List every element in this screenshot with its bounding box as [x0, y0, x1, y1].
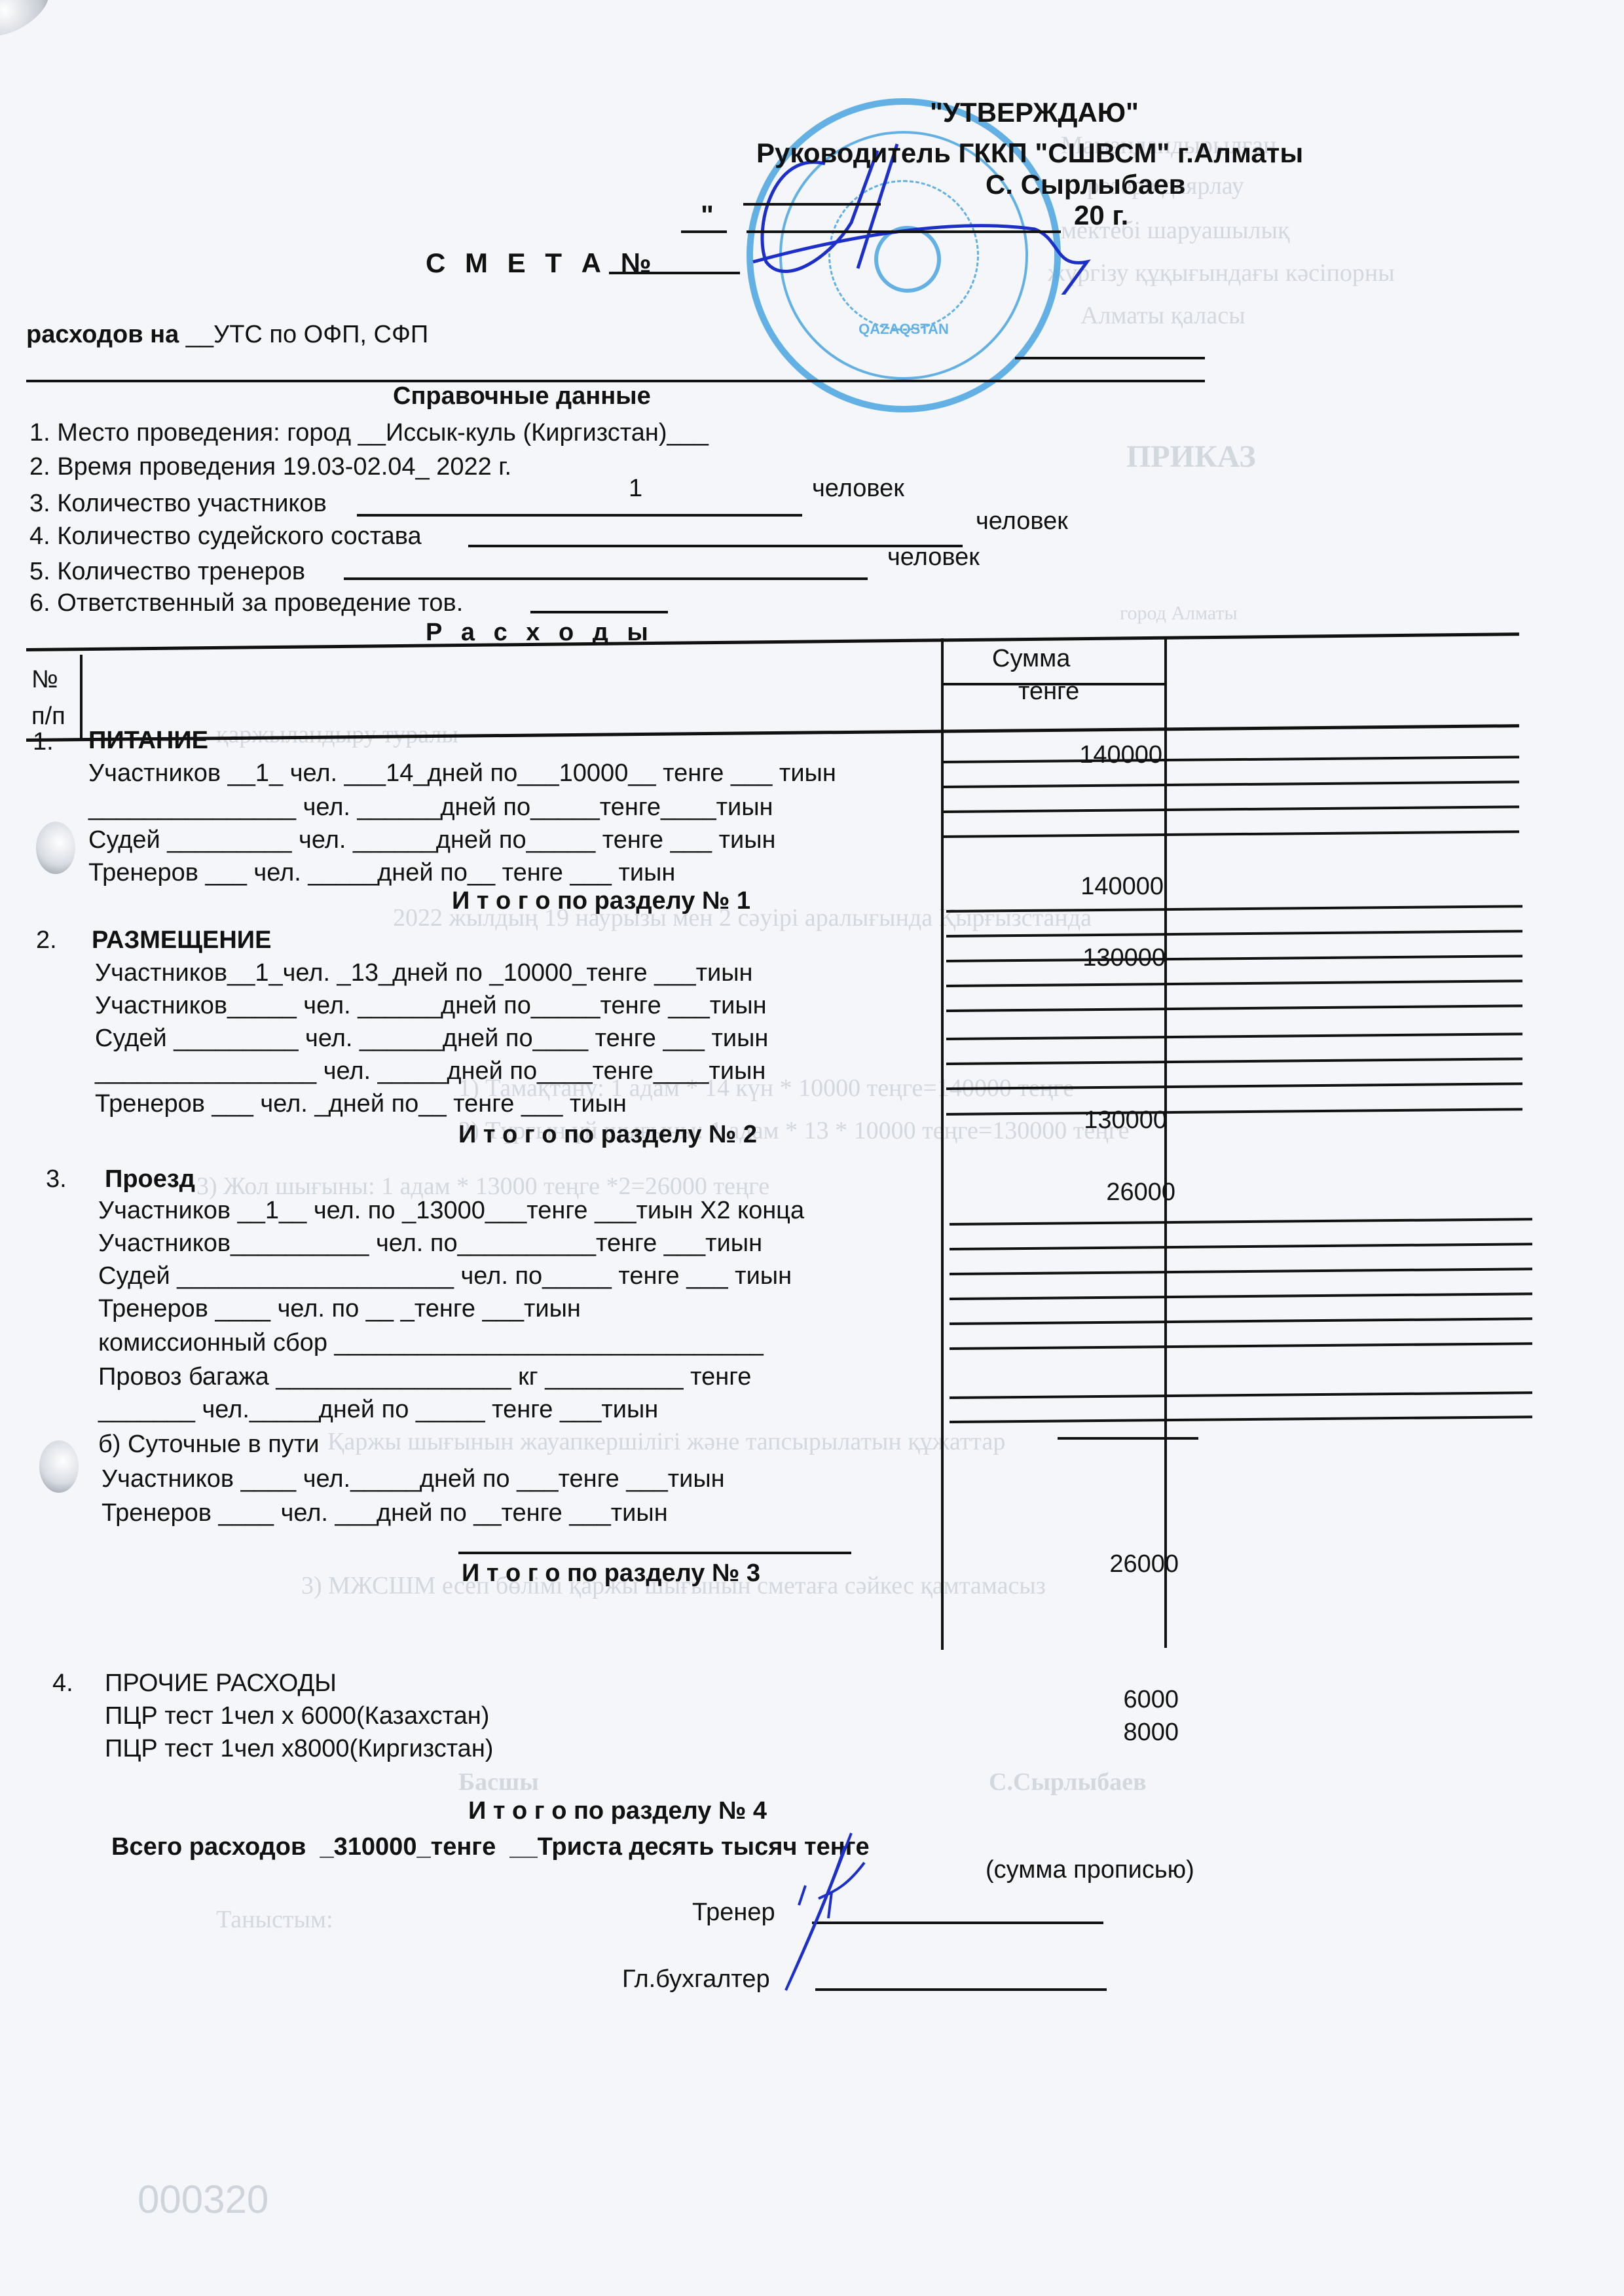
col-header-no: № п/п [31, 661, 65, 735]
section-4-line: ПЦР тест 1чел х8000(Киргизстан) [105, 1735, 493, 1763]
row-rule [946, 1004, 1522, 1012]
expenses-for: расходов на __УТС по ОФП, СФП [26, 321, 428, 349]
section-1-number: 1. [33, 728, 54, 756]
row-rule [950, 1292, 1532, 1300]
row-rule [946, 979, 1522, 987]
section-2-number: 2. [36, 926, 57, 955]
section-2-line: Участников__1_чел. _13_дней по _10000_те… [95, 959, 753, 987]
row-rule [950, 1391, 1532, 1399]
section-3-title: Проезд [105, 1165, 195, 1194]
date-day-field [681, 230, 727, 233]
section-3-line: б) Суточные в пути [98, 1430, 319, 1459]
ref-judges-unit: человек [976, 507, 1068, 536]
row-rule [946, 1032, 1522, 1040]
ref-judges: 4. Количество судейского состава [29, 522, 422, 551]
smeta-number-field [609, 272, 740, 274]
bleed-through-line: С.Сырлыбаев [989, 1768, 1147, 1796]
section-2-subtotal-label: И т о г о по разделу № 2 [458, 1121, 757, 1149]
row-rule [943, 780, 1519, 788]
bleed-through-title: ПРИКАЗ [1126, 439, 1256, 475]
section-2-subtotal: 130000 [970, 1106, 1167, 1135]
punch-hole [36, 822, 75, 874]
section-4-title: ПРОЧИЕ РАСХОДЫ [105, 1669, 337, 1698]
section-2-line: Участников_____ чел. ______дней по_____т… [95, 992, 767, 1020]
ref-trainers: 5. Количество тренеров [29, 558, 305, 586]
section-3-subtotal: 26000 [982, 1550, 1179, 1578]
section-2-line: Тренеров ___ чел. _дней по__ тенге ___ т… [95, 1090, 627, 1118]
section-3-line: Тренеров ____ чел. ___дней по __тенге __… [101, 1499, 668, 1527]
section-1-amount: 140000 [966, 741, 1162, 769]
date-month-field [747, 230, 1061, 233]
stamp-emblem-text: QAZAQSTAN [753, 321, 1054, 338]
section-1-line: Участников __1_ чел. ___14_дней по___100… [88, 759, 836, 788]
section-2-title: РАЗМЕЩЕНИЕ [92, 926, 271, 955]
total-amount: _310000_тенге [320, 1833, 496, 1861]
row-rule-short [1058, 1437, 1198, 1440]
section-4-amount: 6000 [982, 1686, 1179, 1714]
serial-number: 000320 [138, 2177, 268, 2222]
bleed-through-line: Қаржы шығынын жауапкершілігі және тапсыр… [327, 1427, 1005, 1456]
bleed-through-line: Басшы [458, 1768, 539, 1796]
ref-trainers-unit: человек [887, 543, 980, 572]
section-1-line: Тренеров ___ чел. _____дней по__ тенге _… [88, 859, 675, 887]
section-3-subtotal-label: И т о г о по разделу № 3 [462, 1559, 760, 1588]
section-1-subtotal-label: И т о г о по разделу № 1 [452, 887, 750, 915]
ref-responsible: 6. Ответственный за проведение тов. [29, 589, 463, 617]
approval-name: С. Сырлыбаев [986, 169, 1186, 200]
row-rule [950, 1342, 1532, 1350]
section-4-line: ПЦР тест 1чел х 6000(Казахстан) [105, 1702, 489, 1730]
row-rule [950, 1267, 1532, 1275]
section-3-line: _______ чел._____дней по _____ тенге ___… [98, 1396, 658, 1424]
ref-venue: 1. Место проведения: город __Иссык-куль … [29, 419, 709, 447]
approval-date-year: 20 г. [1074, 200, 1128, 231]
row-rule [946, 1057, 1522, 1065]
bleed-through-text: Алматы қаласы [1080, 301, 1246, 330]
reference-heading: Справочные данные [393, 382, 651, 410]
trainer-signature [773, 1827, 943, 1997]
section-3-line: Провоз багажа _________________ кг _____… [98, 1363, 751, 1391]
expenses-for-label: расходов на [26, 321, 179, 348]
section-3-line: Тренеров ____ чел. по __ _тенге ___тиын [98, 1295, 581, 1323]
total-label: Всего расходов [111, 1833, 306, 1861]
ref-dates: 2. Время проведения 19.03-02.04_ 2022 г. [29, 453, 511, 481]
section-3-amount: 26000 [979, 1178, 1175, 1207]
section-4-subtotal-label: И т о г о по разделу № 4 [468, 1797, 767, 1825]
trainer-label: Тренер [692, 1899, 775, 1927]
punch-hole [39, 1440, 79, 1493]
section-4-number: 4. [52, 1669, 73, 1698]
col-divider-sum-right [1164, 636, 1167, 1648]
section-1-line: Судей _________ чел. ______дней по_____ … [88, 826, 776, 854]
row-rule [943, 805, 1519, 813]
row-rule [950, 1243, 1532, 1250]
col-header-currency: тенге [1018, 678, 1079, 706]
bleed-through-line: Таныстым: [216, 1905, 333, 1934]
ref-trainers-field [344, 577, 868, 580]
section-3-line: комиссионный сбор ______________________… [98, 1329, 764, 1357]
folded-corner [0, 0, 57, 46]
section-1-subtotal: 140000 [967, 873, 1164, 901]
accountant-label: Гл.бухгалтер [622, 1965, 770, 1994]
section-3-number: 3. [46, 1165, 67, 1194]
section-1-line: _______________ чел. ______дней по_____т… [88, 793, 773, 822]
row-rule [943, 830, 1519, 838]
bleed-through-city: город Алматы [1120, 602, 1238, 625]
ref-participants-unit: человек [812, 475, 904, 503]
expenses-for-value: __УТС по ОФП, СФП [186, 321, 428, 348]
col-divider-sum-left [941, 638, 944, 1650]
section-3-line: Судей ____________________ чел. по_____ … [98, 1262, 792, 1290]
col-header-sum: Сумма [992, 645, 1070, 673]
section-2-line: Судей _________ чел. ______дней по____ т… [95, 1025, 768, 1053]
section-2-line: ________________ чел. _____дней по____те… [95, 1057, 766, 1085]
section-4-amount: 8000 [982, 1719, 1179, 1747]
approval-position: Руководитель ГККП "СШВСМ" г.Алматы [756, 137, 1303, 169]
approval-date-quote: " [701, 200, 714, 231]
col-divider [80, 655, 83, 738]
total-row: Всего расходов _310000_тенге __Триста де… [111, 1833, 870, 1861]
ref-participants-value: 1 [629, 475, 642, 503]
row-rule [950, 1317, 1532, 1325]
ref-participants-field [357, 514, 802, 517]
ref-venue-value: __Иссык-куль (Киргизстан)___ [358, 419, 709, 446]
section-3-line: Участников__________ чел. по__________те… [98, 1230, 762, 1258]
row-rule [950, 1218, 1532, 1226]
ref-participants: 3. Количество участников [29, 490, 327, 518]
approval-heading: "УТВЕРЖДАЮ" [930, 97, 1139, 128]
section-3-line: Участников __1__ чел. по _13000___тенге … [98, 1197, 804, 1225]
row-rule [950, 1415, 1532, 1423]
table-top-border [26, 632, 1519, 651]
header-rule [1015, 357, 1205, 359]
ref-responsible-field [530, 611, 668, 613]
section-1-title: ПИТАНИЕ [88, 727, 208, 755]
section-3-subtotal-rule [458, 1552, 851, 1554]
approval-signature-line [743, 203, 881, 206]
ref-dates-value: 19.03-02.04_ 2022 г. [283, 453, 511, 481]
total-words-caption: (сумма прописью) [986, 1856, 1194, 1884]
section-3-line: Участников ____ чел._____дней по ___тенг… [101, 1465, 725, 1493]
